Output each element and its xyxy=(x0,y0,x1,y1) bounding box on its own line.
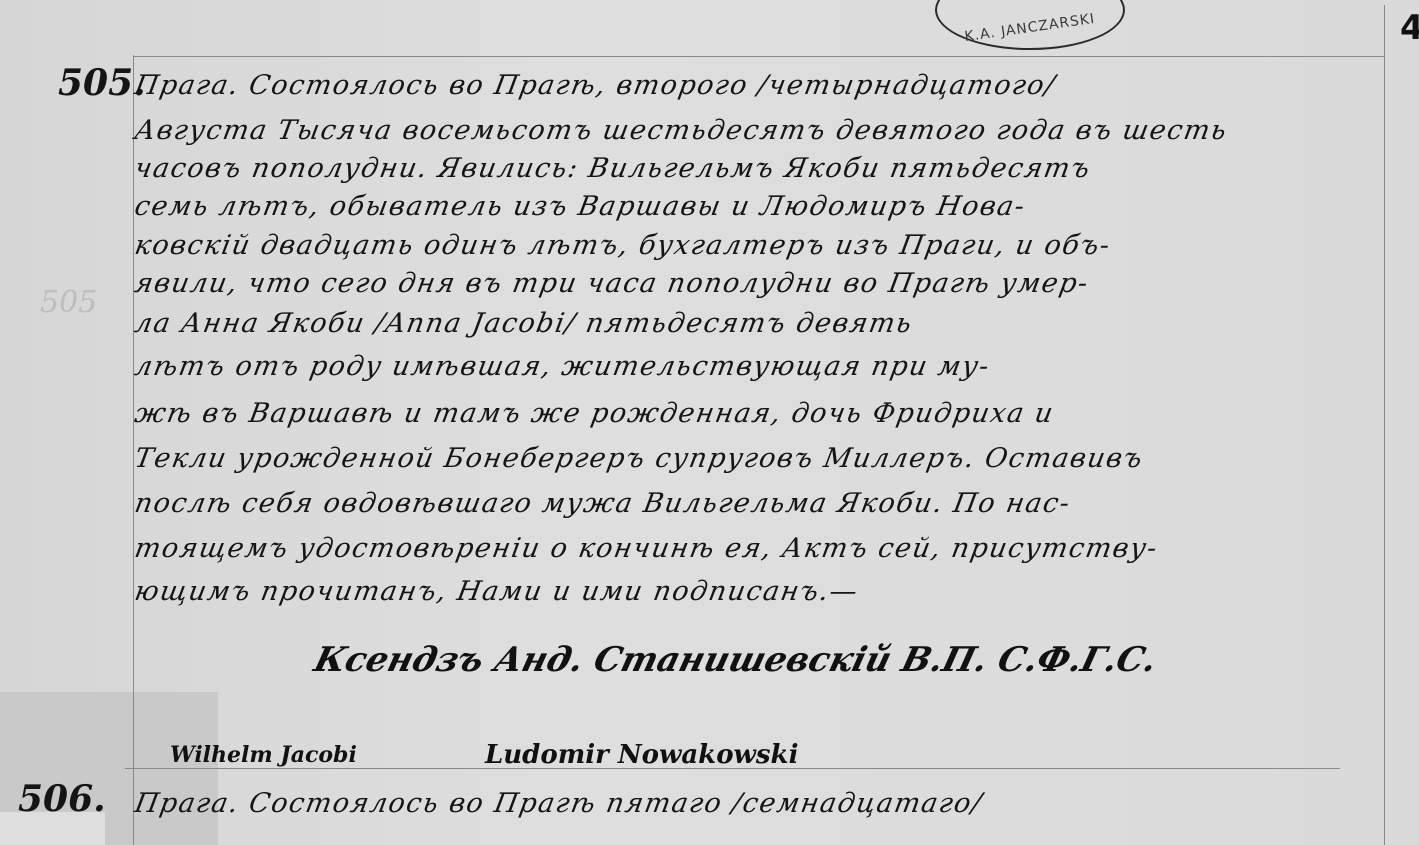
record-line: Августа Тысяча восемьсотъ шестьдесятъ де… xyxy=(132,115,1377,146)
record-line: Прага. Состоялось во Прагѣ, второго /чет… xyxy=(132,70,1377,101)
document-page: K.A. JANCZARSKI 4 505 505. Прага. Состоя… xyxy=(0,0,1419,845)
record-line: жѣ въ Варшавѣ и тамъ же рожденная, дочь … xyxy=(132,398,1377,429)
record-line: явили, что сего дня въ три часа пополудн… xyxy=(132,268,1377,299)
record-line: часовъ пополудни. Явились: Вильгельмъ Як… xyxy=(132,153,1377,184)
record-line: ковскій двадцать одинъ лѣтъ, бухгалтеръ … xyxy=(132,230,1377,261)
right-margin-rule xyxy=(1384,5,1385,845)
record-line: ющимъ прочитанъ, Нами и ими подписанъ.— xyxy=(132,576,1377,607)
record-line: послѣ себя овдовѣвшаго мужа Вильгельма Я… xyxy=(132,488,1377,519)
official-signature: Ксендзъ Анд. Станишевскій В.П. С.Ф.Г.С. xyxy=(310,640,1161,680)
record-line: Прага. Состоялось во Прагѣ пятаго /семна… xyxy=(132,788,1377,819)
faded-margin-note: 505 xyxy=(40,285,97,320)
record-line: тоящемъ удостовѣреніи о кончинѣ ея, Актъ… xyxy=(132,533,1377,564)
record-line: ла Анна Якоби /Anna Jacobi/ пятьдесятъ д… xyxy=(132,308,1377,339)
record-line: семь лѣтъ, обыватель изъ Варшавы и Людом… xyxy=(132,191,1377,222)
top-rule xyxy=(133,56,1384,57)
record-line: лѣтъ отъ роду имѣвшая, жительствующая пр… xyxy=(132,351,1377,382)
record-line: Текли урожденной Бонебергеръ супруговъ М… xyxy=(132,443,1377,474)
record-number-506: 506. xyxy=(18,778,106,820)
witness-signature-wilhelm-jacobi: Wilhelm Jacobi xyxy=(170,742,357,768)
archive-stamp: K.A. JANCZARSKI xyxy=(935,0,1125,50)
witness-signature-ludomir-nowakowski: Ludomir Nowakowski xyxy=(485,740,798,770)
page-number: 4 xyxy=(1400,8,1419,48)
